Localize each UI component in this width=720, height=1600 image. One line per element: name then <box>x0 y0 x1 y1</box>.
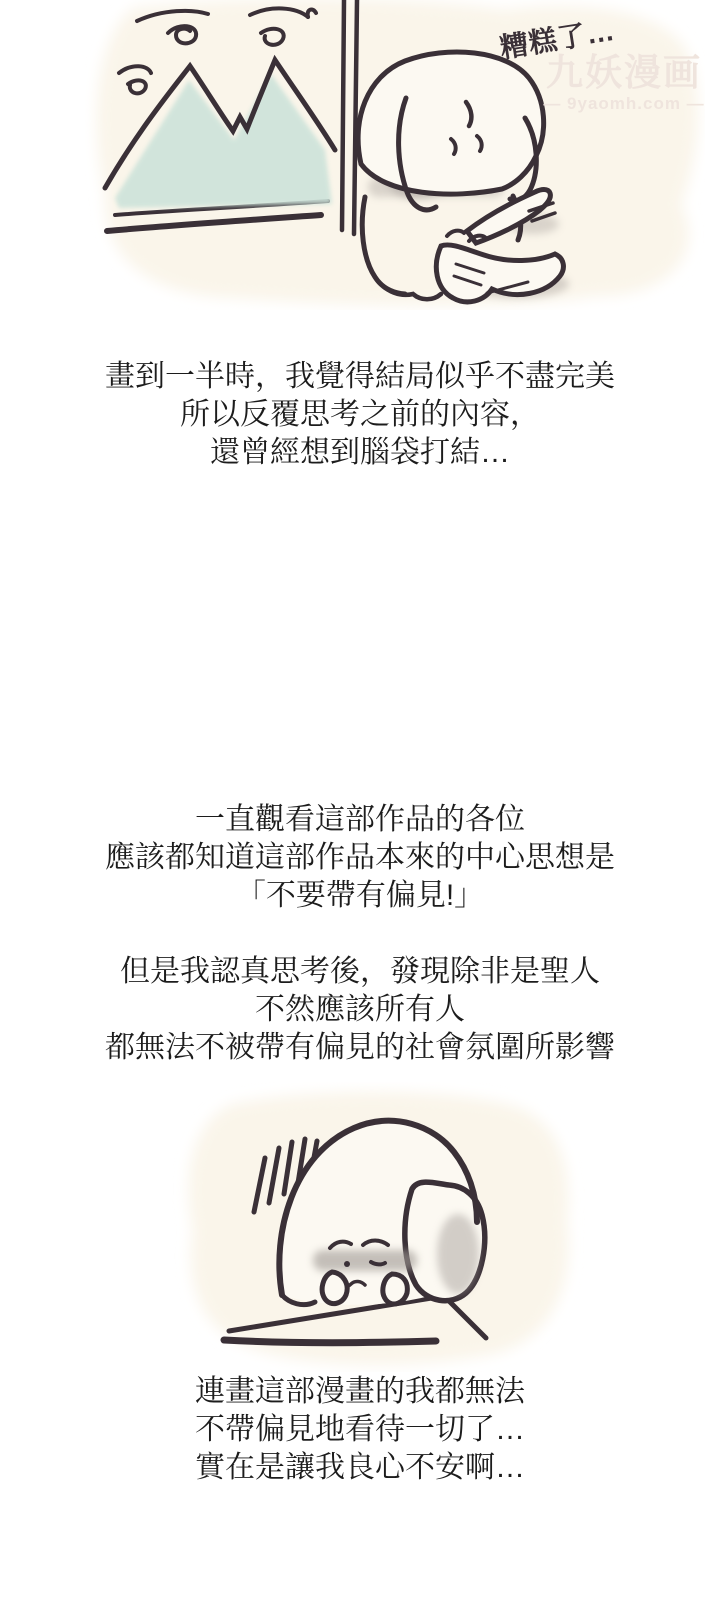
caption-block-3: 但是我認真思考後，發現除非是聖人 不然應該所有人 都無法不被帶有偏見的社會氛圍所… <box>0 953 720 1067</box>
text-line: 都無法不被帶有偏見的社會氛圍所影響 <box>0 1029 720 1067</box>
desk-scene-drawing <box>155 1082 585 1372</box>
text-line: 不然應該所有人 <box>0 991 720 1029</box>
comic-page: 糟糕了… 九妖漫画 — 9yaomh.com — 畫到一半時，我覺得結局似乎不盡… <box>0 0 720 1600</box>
watermark: 九妖漫画 — 9yaomh.com — <box>538 54 710 112</box>
eye-left <box>344 1261 350 1267</box>
caption-block-4: 連畫這部漫畫的我都無法 不帶偏見地看待一切了… 實在是讓我良心不安啊… <box>0 1373 720 1487</box>
text-line: 連畫這部漫畫的我都無法 <box>0 1373 720 1411</box>
text-line: 不帶偏見地看待一切了… <box>0 1411 720 1449</box>
text-line: 但是我認真思考後，發現除非是聖人 <box>0 953 720 991</box>
illustration-desk-scene <box>155 1082 585 1372</box>
text-line: 應該都知道這部作品本來的中心思想是 <box>0 839 720 877</box>
text-line: 「不要帶有偏見!」 <box>0 877 720 915</box>
dog-head <box>358 52 544 194</box>
eye-right <box>371 1262 385 1264</box>
text-line: 還曾經想到腦袋打結… <box>0 434 720 472</box>
paw-left <box>322 1272 347 1304</box>
text-line: 所以反覆思考之前的內容， <box>0 396 720 434</box>
watermark-brand: 九妖漫画 <box>538 54 710 91</box>
text-line: 一直觀看這部作品的各位 <box>0 801 720 839</box>
caption-block-1: 畫到一半時，我覺得結局似乎不盡完美 所以反覆思考之前的內容， 還曾經想到腦袋打結… <box>0 358 720 472</box>
ear-shading <box>437 1214 479 1294</box>
text-line: 實在是讓我良心不安啊… <box>0 1449 720 1487</box>
caption-block-2: 一直觀看這部作品的各位 應該都知道這部作品本來的中心思想是 「不要帶有偏見!」 <box>0 801 720 915</box>
desk-front-edge <box>224 1340 436 1343</box>
paw-right <box>383 1274 407 1304</box>
blush-shadow-band <box>313 1250 417 1271</box>
text-line: 畫到一半時，我覺得結局似乎不盡完美 <box>0 358 720 396</box>
watermark-site: — 9yaomh.com — <box>538 95 710 112</box>
